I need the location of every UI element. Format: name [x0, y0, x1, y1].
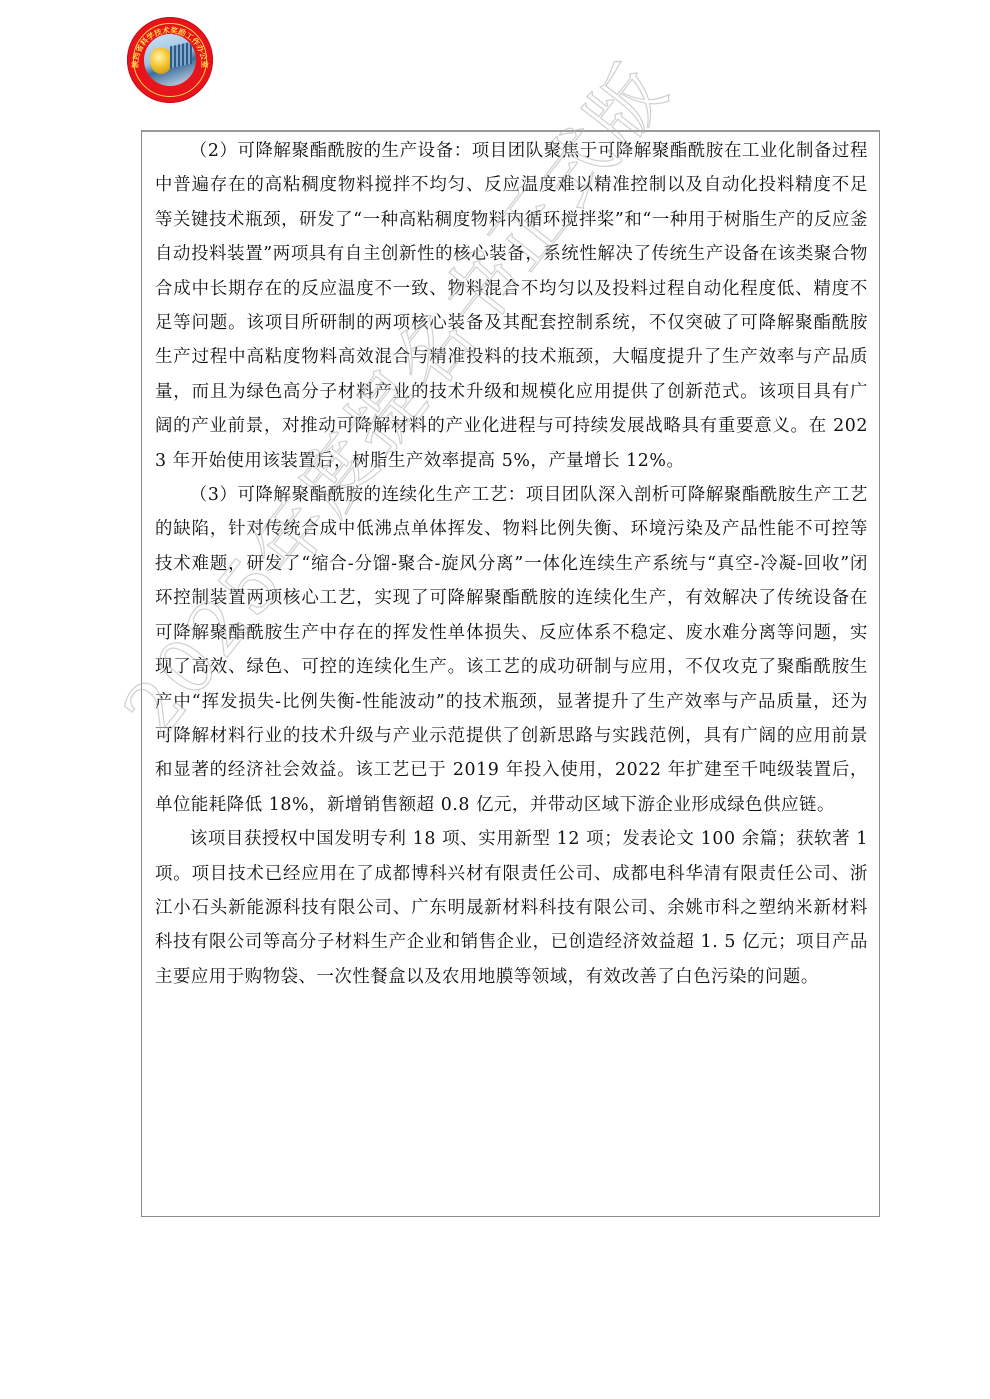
paragraph-production-equipment: （2）可降解聚酯酰胺的生产设备：项目团队聚焦于可降解聚酯酰胺在工业化制备过程中普… [155, 134, 868, 478]
seal-logo: 陕西省科学技术奖励工作办公室 [127, 17, 213, 103]
seal-arc-text: 陕西省科学技术奖励工作办公室 [127, 17, 213, 103]
paragraph-achievements: 该项目获授权中国发明专利 18 项、实用新型 12 项；发表论文 100 余篇；… [155, 822, 868, 994]
svg-text:陕西省科学技术奖励工作办公室: 陕西省科学技术奖励工作办公室 [130, 25, 210, 69]
paragraph-continuous-process: （3）可降解聚酯酰胺的连续化生产工艺：项目团队深入剖析可降解聚酯酰胺生产工艺的缺… [155, 478, 868, 822]
document-content-box: （2）可降解聚酯酰胺的生产设备：项目团队聚焦于可降解聚酯酰胺在工业化制备过程中普… [141, 130, 880, 1217]
seal-text: 陕西省科学技术奖励工作办公室 [130, 25, 210, 69]
